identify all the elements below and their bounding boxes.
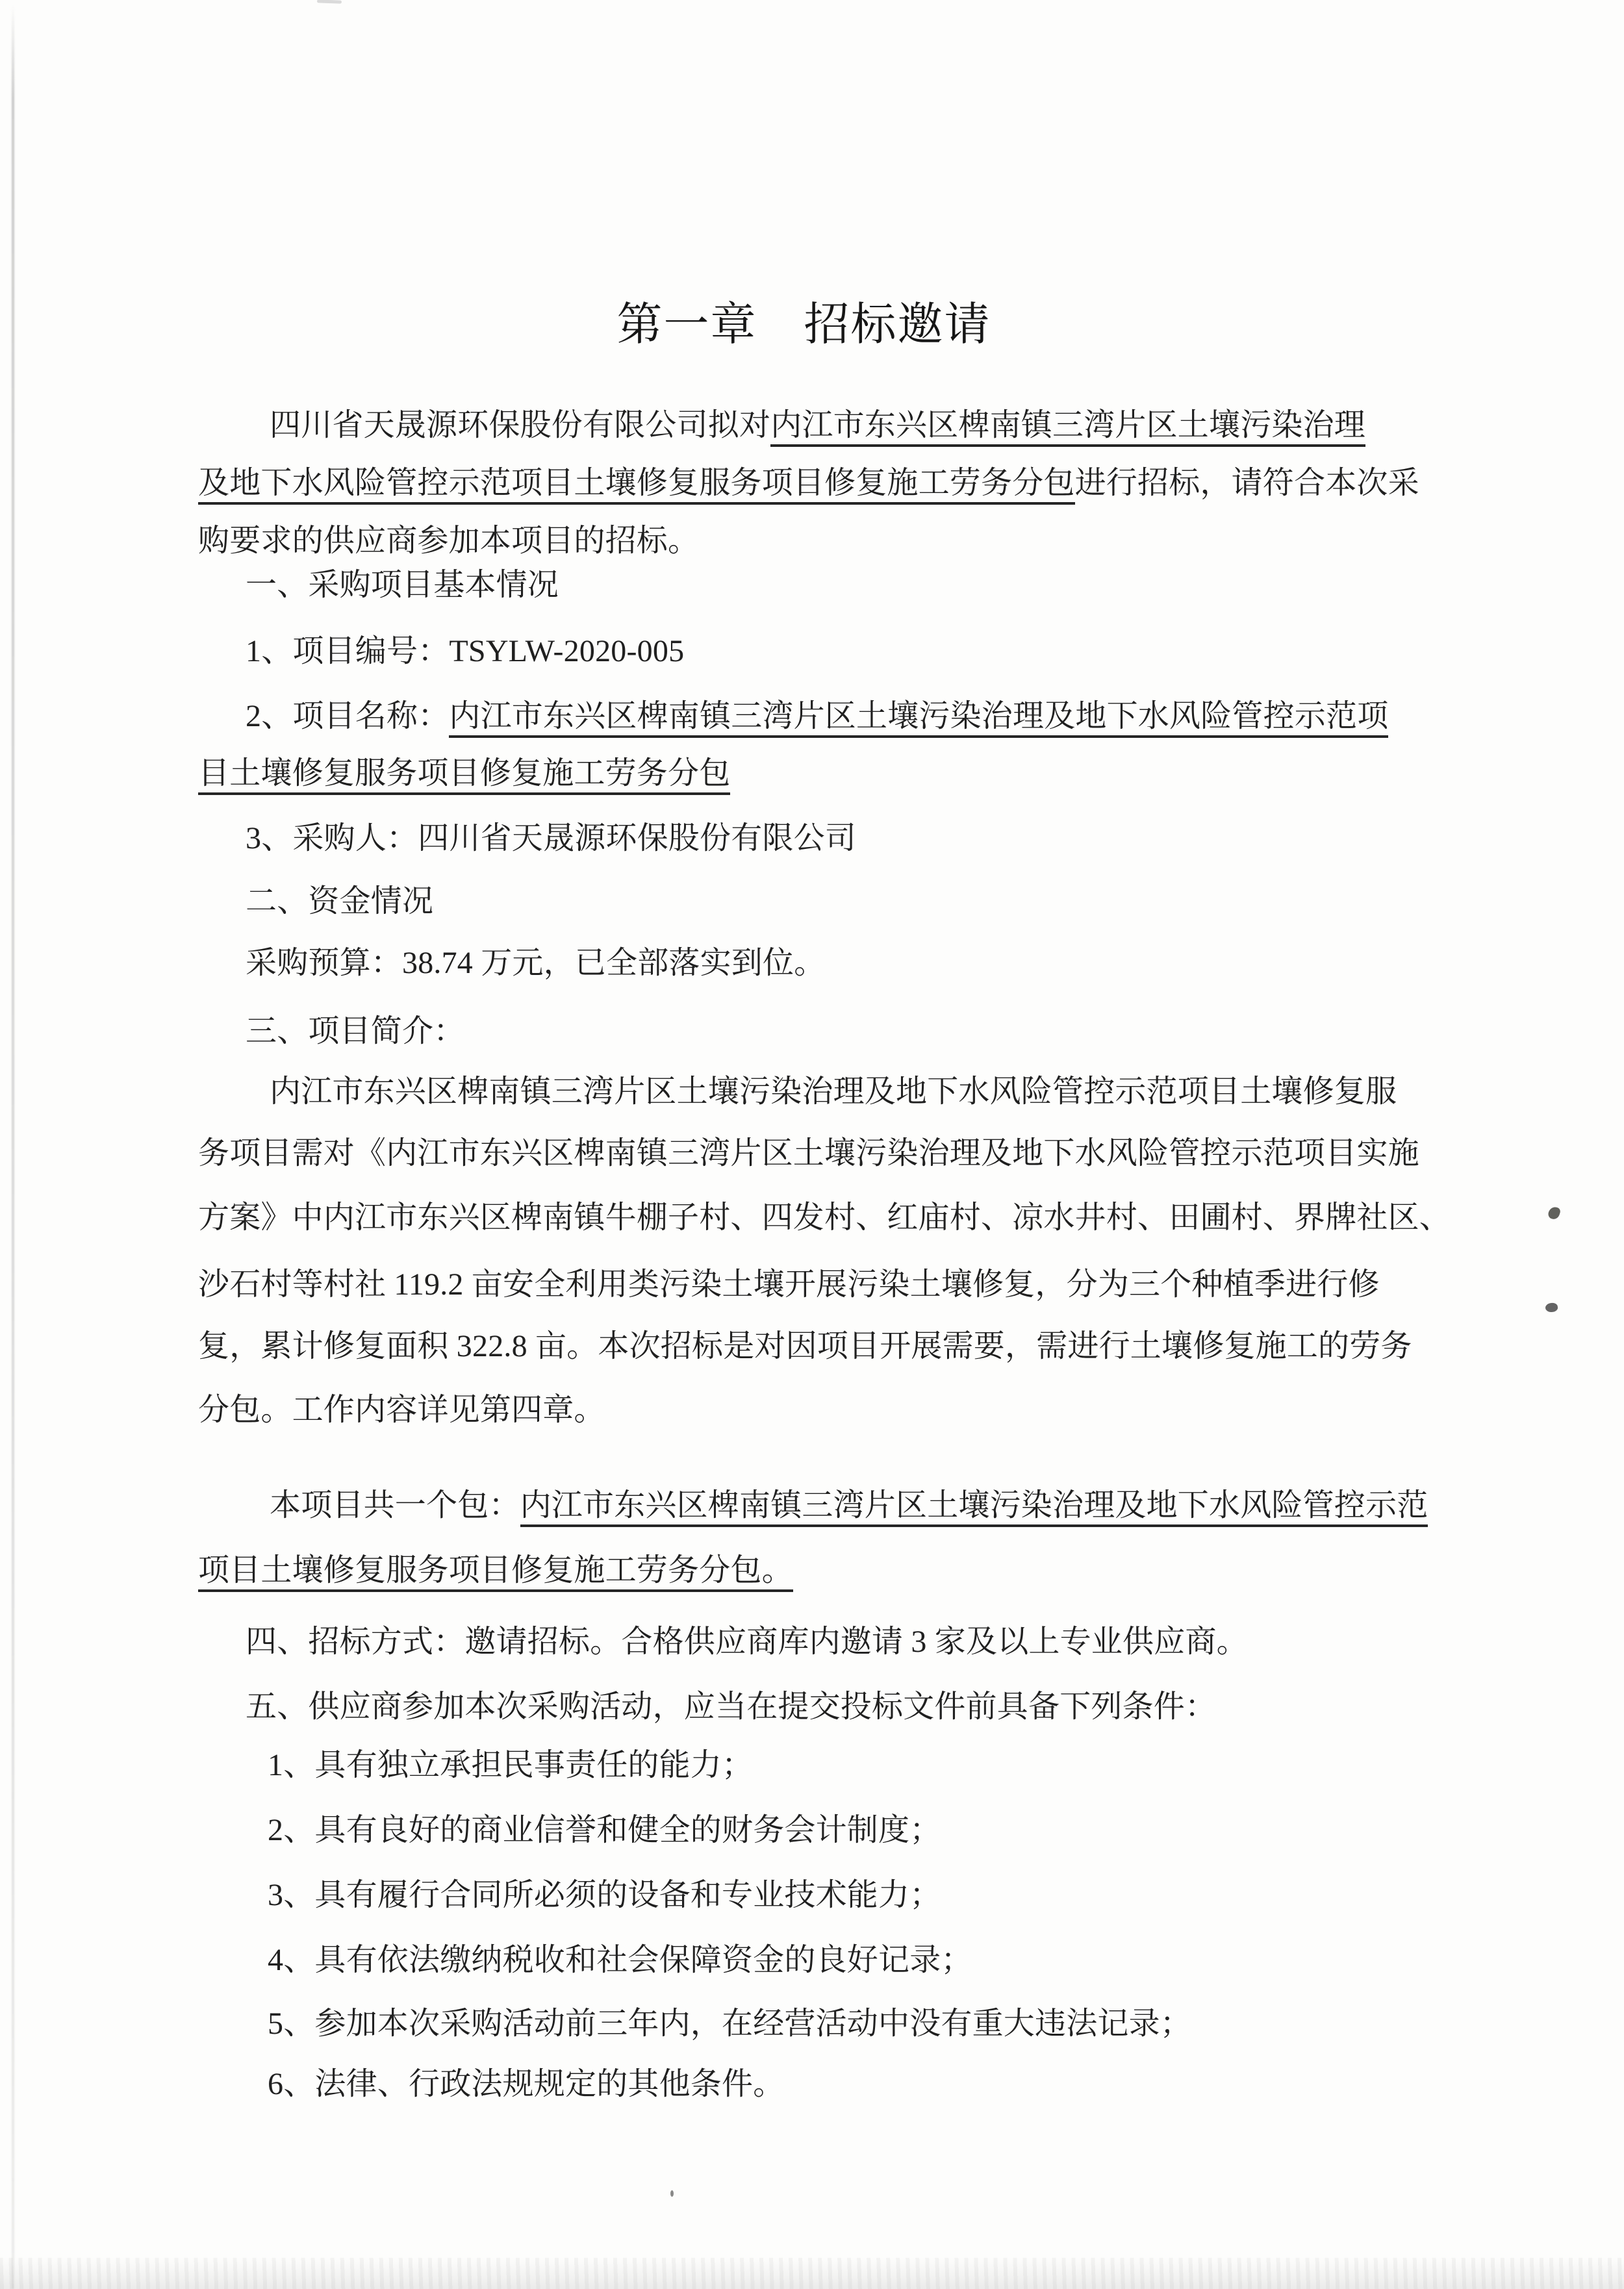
line-text: 本项目共一个包： xyxy=(270,1488,520,1523)
doc-line-budget: 采购预算：38.74 万元，已全部落实到位。 xyxy=(246,944,825,982)
doc-line-condition-4: 4、具有依法缴纳税收和社会保障资金的良好记录； xyxy=(268,1941,972,1979)
doc-line: 方案》中内江市东兴区椑南镇牛棚子村、四发村、红庙村、凉水井村、田圃村、界牌社区、 xyxy=(198,1199,1451,1237)
doc-line: 沙石村等村社 119.2 亩安全利用类污染土壤开展污染土壤修复，分为三个种植季进… xyxy=(198,1266,1380,1304)
underlined-text: 项目土壤修复服务项目修复施工劳务分包。 xyxy=(198,1553,793,1592)
doc-line: 复，累计修复面积 322.8 亩。本次招标是对因项目开展需要，需进行土壤修复施工… xyxy=(198,1328,1412,1365)
line-text: 二、资金情况 xyxy=(246,884,433,918)
doc-line-condition-3: 3、具有履行合同所必须的设备和专业技术能力； xyxy=(268,1877,941,1914)
doc-line: 购要求的供应商参加本项目的招标。 xyxy=(198,522,699,560)
line-text: 分包。工作内容详见第四章。 xyxy=(198,1393,605,1427)
doc-line-condition-5: 5、参加本次采购活动前三年内，在经营活动中没有重大违法记录； xyxy=(268,2005,1191,2043)
line-text: 沙石村等村社 119.2 亩安全利用类污染土壤开展污染土壤修复，分为三个种植季进… xyxy=(198,1267,1380,1302)
line-text: 三、项目简介： xyxy=(246,1014,464,1048)
underlined-text: 目土壤修复服务项目修复施工劳务分包 xyxy=(198,756,730,795)
line-text: 1、具有独立承担民事责任的能力； xyxy=(268,1748,753,1782)
line-text: 2、项目名称： xyxy=(246,699,449,733)
doc-line: 及地下水风险管控示范项目土壤修复服务项目修复施工劳务分包进行招标，请符合本次采 xyxy=(198,464,1419,502)
scan-noise-band xyxy=(0,2258,1624,2289)
line-text: 务项目需对《内江市东兴区椑南镇三湾片区土壤污染治理及地下水风险管控示范项目实施 xyxy=(198,1136,1419,1170)
line-text: 一、采购项目基本情况 xyxy=(246,568,559,602)
doc-line: 项目土壤修复服务项目修复施工劳务分包。 xyxy=(198,1552,793,1589)
line-text: 四、招标方式：邀请招标。合格供应商库内邀请 3 家及以上专业供应商。 xyxy=(246,1625,1248,1659)
doc-line: 务项目需对《内江市东兴区椑南镇三湾片区土壤污染治理及地下水风险管控示范项目实施 xyxy=(198,1135,1419,1172)
doc-line: 四川省天晟源环保股份有限公司拟对内江市东兴区椑南镇三湾片区土壤污染治理 xyxy=(270,407,1365,444)
line-text: 5、参加本次采购活动前三年内，在经营活动中没有重大违法记录； xyxy=(268,2006,1191,2041)
scanned-page: 第一章 招标邀请 四川省天晟源环保股份有限公司拟对内江市东兴区椑南镇三湾片区土壤… xyxy=(0,0,1624,2289)
ink-speck xyxy=(1545,1302,1558,1313)
scan-smudge xyxy=(317,0,342,4)
underlined-text: 内江市东兴区椑南镇三湾片区土壤污染治理及地下水风险管控示范 xyxy=(520,1488,1428,1527)
line-text: 复，累计修复面积 322.8 亩。本次招标是对因项目开展需要，需进行土壤修复施工… xyxy=(198,1329,1412,1363)
doc-line-project-name: 2、项目名称：内江市东兴区椑南镇三湾片区土壤污染治理及地下水风险管控示范项 xyxy=(246,698,1388,735)
line-text: 方案》中内江市东兴区椑南镇牛棚子村、四发村、红庙村、凉水井村、田圃村、界牌社区、 xyxy=(198,1200,1451,1235)
line-text: 4、具有依法缴纳税收和社会保障资金的良好记录； xyxy=(268,1943,972,1977)
doc-line-section-2: 二、资金情况 xyxy=(246,883,433,920)
scan-edge-shadow xyxy=(12,5,14,2289)
ink-speck xyxy=(670,2190,674,2197)
doc-line-condition-2: 2、具有良好的商业信誉和健全的财务会计制度； xyxy=(268,1812,941,1849)
chapter-title: 第一章 招标邀请 xyxy=(198,288,1410,353)
line-text: 内江市东兴区椑南镇三湾片区土壤污染治理及地下水风险管控示范项目土壤修复服 xyxy=(270,1074,1397,1109)
line-text: 3、采购人：四川省天晟源环保股份有限公司 xyxy=(246,821,856,855)
line-text: 6、法律、行政法规规定的其他条件。 xyxy=(268,2067,784,2101)
line-text: 3、具有履行合同所必须的设备和专业技术能力； xyxy=(268,1878,941,1912)
doc-line-package: 本项目共一个包：内江市东兴区椑南镇三湾片区土壤污染治理及地下水风险管控示范 xyxy=(270,1487,1428,1524)
underlined-text: 内江市东兴区椑南镇三湾片区土壤污染治理及地下水风险管控示范项 xyxy=(449,699,1388,738)
line-text: 采购预算：38.74 万元，已全部落实到位。 xyxy=(246,946,825,980)
doc-line-purchaser: 3、采购人：四川省天晟源环保股份有限公司 xyxy=(246,820,856,857)
doc-line-condition-1: 1、具有独立承担民事责任的能力； xyxy=(268,1747,753,1784)
doc-line: 内江市东兴区椑南镇三湾片区土壤污染治理及地下水风险管控示范项目土壤修复服 xyxy=(270,1073,1397,1111)
doc-line: 目土壤修复服务项目修复施工劳务分包 xyxy=(198,755,730,792)
doc-line-section-3: 三、项目简介： xyxy=(246,1013,464,1050)
doc-line-section-4: 四、招标方式：邀请招标。合格供应商库内邀请 3 家及以上专业供应商。 xyxy=(246,1623,1248,1661)
line-text: 1、项目编号：TSYLW-2020-005 xyxy=(246,634,684,668)
doc-line-condition-6: 6、法律、行政法规规定的其他条件。 xyxy=(268,2066,784,2103)
underlined-text: 内江市东兴区椑南镇三湾片区土壤污染治理 xyxy=(770,408,1365,447)
doc-line-section-1: 一、采购项目基本情况 xyxy=(246,566,559,604)
underlined-text: 及地下水风险管控示范项目土壤修复服务项目修复施工劳务分包 xyxy=(198,466,1075,505)
ink-speck xyxy=(1547,1206,1561,1220)
line-text: 2、具有良好的商业信誉和健全的财务会计制度； xyxy=(268,1813,941,1847)
line-text: 进行招标，请符合本次采 xyxy=(1075,466,1419,500)
line-text: 四川省天晟源环保股份有限公司拟对 xyxy=(270,408,770,442)
doc-line-project-number: 1、项目编号：TSYLW-2020-005 xyxy=(246,633,684,670)
line-text: 五、供应商参加本次采购活动，应当在提交投标文件前具备下列条件： xyxy=(246,1689,1216,1724)
doc-line-section-5: 五、供应商参加本次采购活动，应当在提交投标文件前具备下列条件： xyxy=(246,1688,1216,1726)
doc-line: 分包。工作内容详见第四章。 xyxy=(198,1391,605,1429)
line-text: 购要求的供应商参加本项目的招标。 xyxy=(198,524,699,558)
